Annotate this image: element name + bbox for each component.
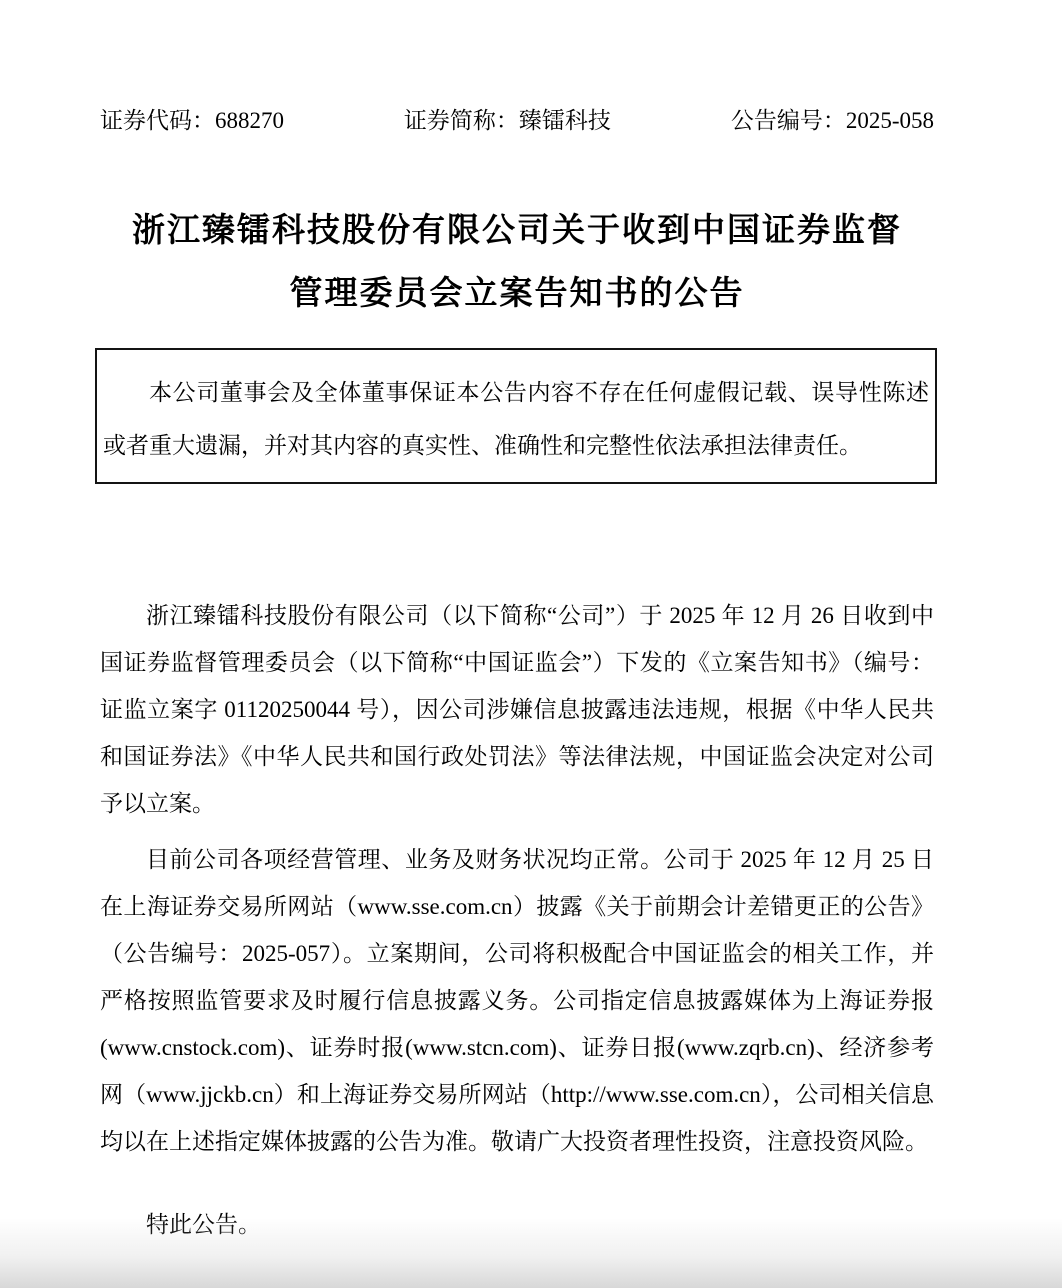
page-title: 浙江臻镭科技股份有限公司关于收到中国证券监督 管理委员会立案告知书的公告 <box>100 198 934 324</box>
announcement-number-label: 公告编号：2025-058 <box>731 104 934 138</box>
page-title-line1: 浙江臻镭科技股份有限公司关于收到中国证券监督 <box>100 198 934 261</box>
disclaimer-text: 本公司董事会及全体董事保证本公告内容不存在任何虚假记载、误导性陈述或者重大遗漏，… <box>103 380 929 458</box>
securities-header-line: 证券代码：688270 证券简称：臻镭科技 公告编号：2025-058 <box>100 0 934 138</box>
announcement-body: 浙江臻镭科技股份有限公司（以下简称“公司”）于 2025 年 12 月 26 日… <box>100 592 934 1248</box>
page-content: 证券代码：688270 证券简称：臻镭科技 公告编号：2025-058 浙江臻镭… <box>0 0 1062 1248</box>
stock-code-label: 证券代码：688270 <box>100 104 284 138</box>
disclaimer-box: 本公司董事会及全体董事保证本公告内容不存在任何虚假记载、误导性陈述或者重大遗漏，… <box>95 348 937 484</box>
body-paragraph-filing-notice: 浙江臻镭科技股份有限公司（以下简称“公司”）于 2025 年 12 月 26 日… <box>100 592 934 827</box>
stock-abbr-label: 证券简称：臻镭科技 <box>404 104 611 138</box>
closing-line: 特此公告。 <box>100 1201 934 1248</box>
body-paragraph-operations-status: 目前公司各项经营管理、业务及财务状况均正常。公司于 2025 年 12 月 25… <box>100 836 934 1165</box>
page-title-line2: 管理委员会立案告知书的公告 <box>100 261 934 324</box>
announcement-page: 证券代码：688270 证券简称：臻镭科技 公告编号：2025-058 浙江臻镭… <box>0 0 1062 1288</box>
